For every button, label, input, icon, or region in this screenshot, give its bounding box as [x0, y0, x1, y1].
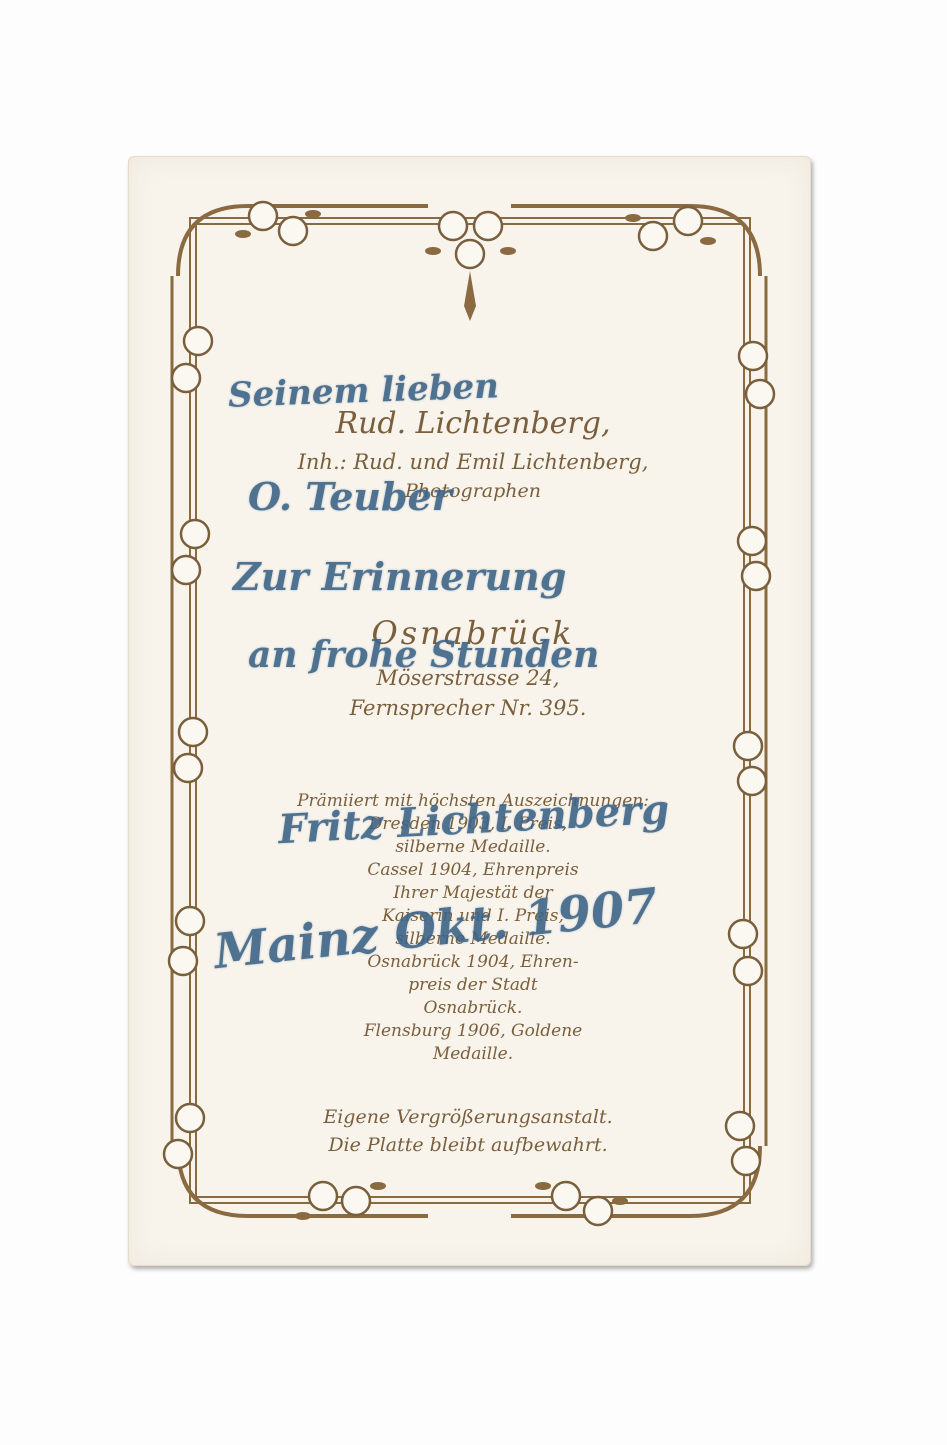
award-line: silberne Medaille.	[223, 836, 723, 859]
award-line: Flensburg 1906, Goldene	[223, 1020, 723, 1043]
studio-name: Rud. Lichtenberg,	[273, 406, 673, 441]
award-line: preis der Stadt	[223, 974, 723, 997]
award-line: Cassel 1904, Ehrenpreis	[223, 859, 723, 882]
studio-city: Osnabrück	[323, 614, 623, 652]
studio-street: Möserstrasse 24,	[318, 666, 618, 690]
awards-list: Prämiiert mit höchsten Auszeichnungen: D…	[223, 790, 723, 1066]
award-line: silberne Medaille.	[223, 928, 723, 951]
footer-plate: Die Platte bleibt aufbewahrt.	[228, 1134, 708, 1156]
inscription-line: Seinem lieben	[227, 366, 499, 415]
award-line: Osnabrück.	[223, 997, 723, 1020]
floral-rose-border	[128, 156, 811, 1266]
studio-phone: Fernsprecher Nr. 395.	[308, 696, 628, 720]
inscription-line: Mainz Okt. 1907	[211, 878, 660, 980]
award-line: Medaille.	[223, 1043, 723, 1066]
award-line: Osnabrück 1904, Ehren-	[223, 951, 723, 974]
inscription-line: Fritz Lichtenberg	[277, 786, 670, 853]
footer-enlargement: Eigene Vergrößerungsanstalt.	[228, 1106, 708, 1128]
photo-card-back: Rud. Lichtenberg, Inh.: Rud. und Emil Li…	[128, 156, 811, 1266]
inscription-line: Zur Erinnerung	[233, 554, 566, 599]
award-line: Dresden 1903, I. Preis,	[213, 813, 723, 836]
award-line: Kaiserin und I. Preis,	[223, 905, 723, 928]
award-line: Ihrer Majestät der	[223, 882, 723, 905]
inscription-line: an frohe Stunden	[248, 634, 599, 676]
studio-profession: Photographen	[323, 480, 623, 502]
award-line: Prämiiert mit höchsten Auszeichnungen:	[223, 790, 723, 813]
inscription-line: O. Teuber	[248, 474, 452, 519]
studio-owners: Inh.: Rud. und Emil Lichtenberg,	[233, 450, 713, 474]
